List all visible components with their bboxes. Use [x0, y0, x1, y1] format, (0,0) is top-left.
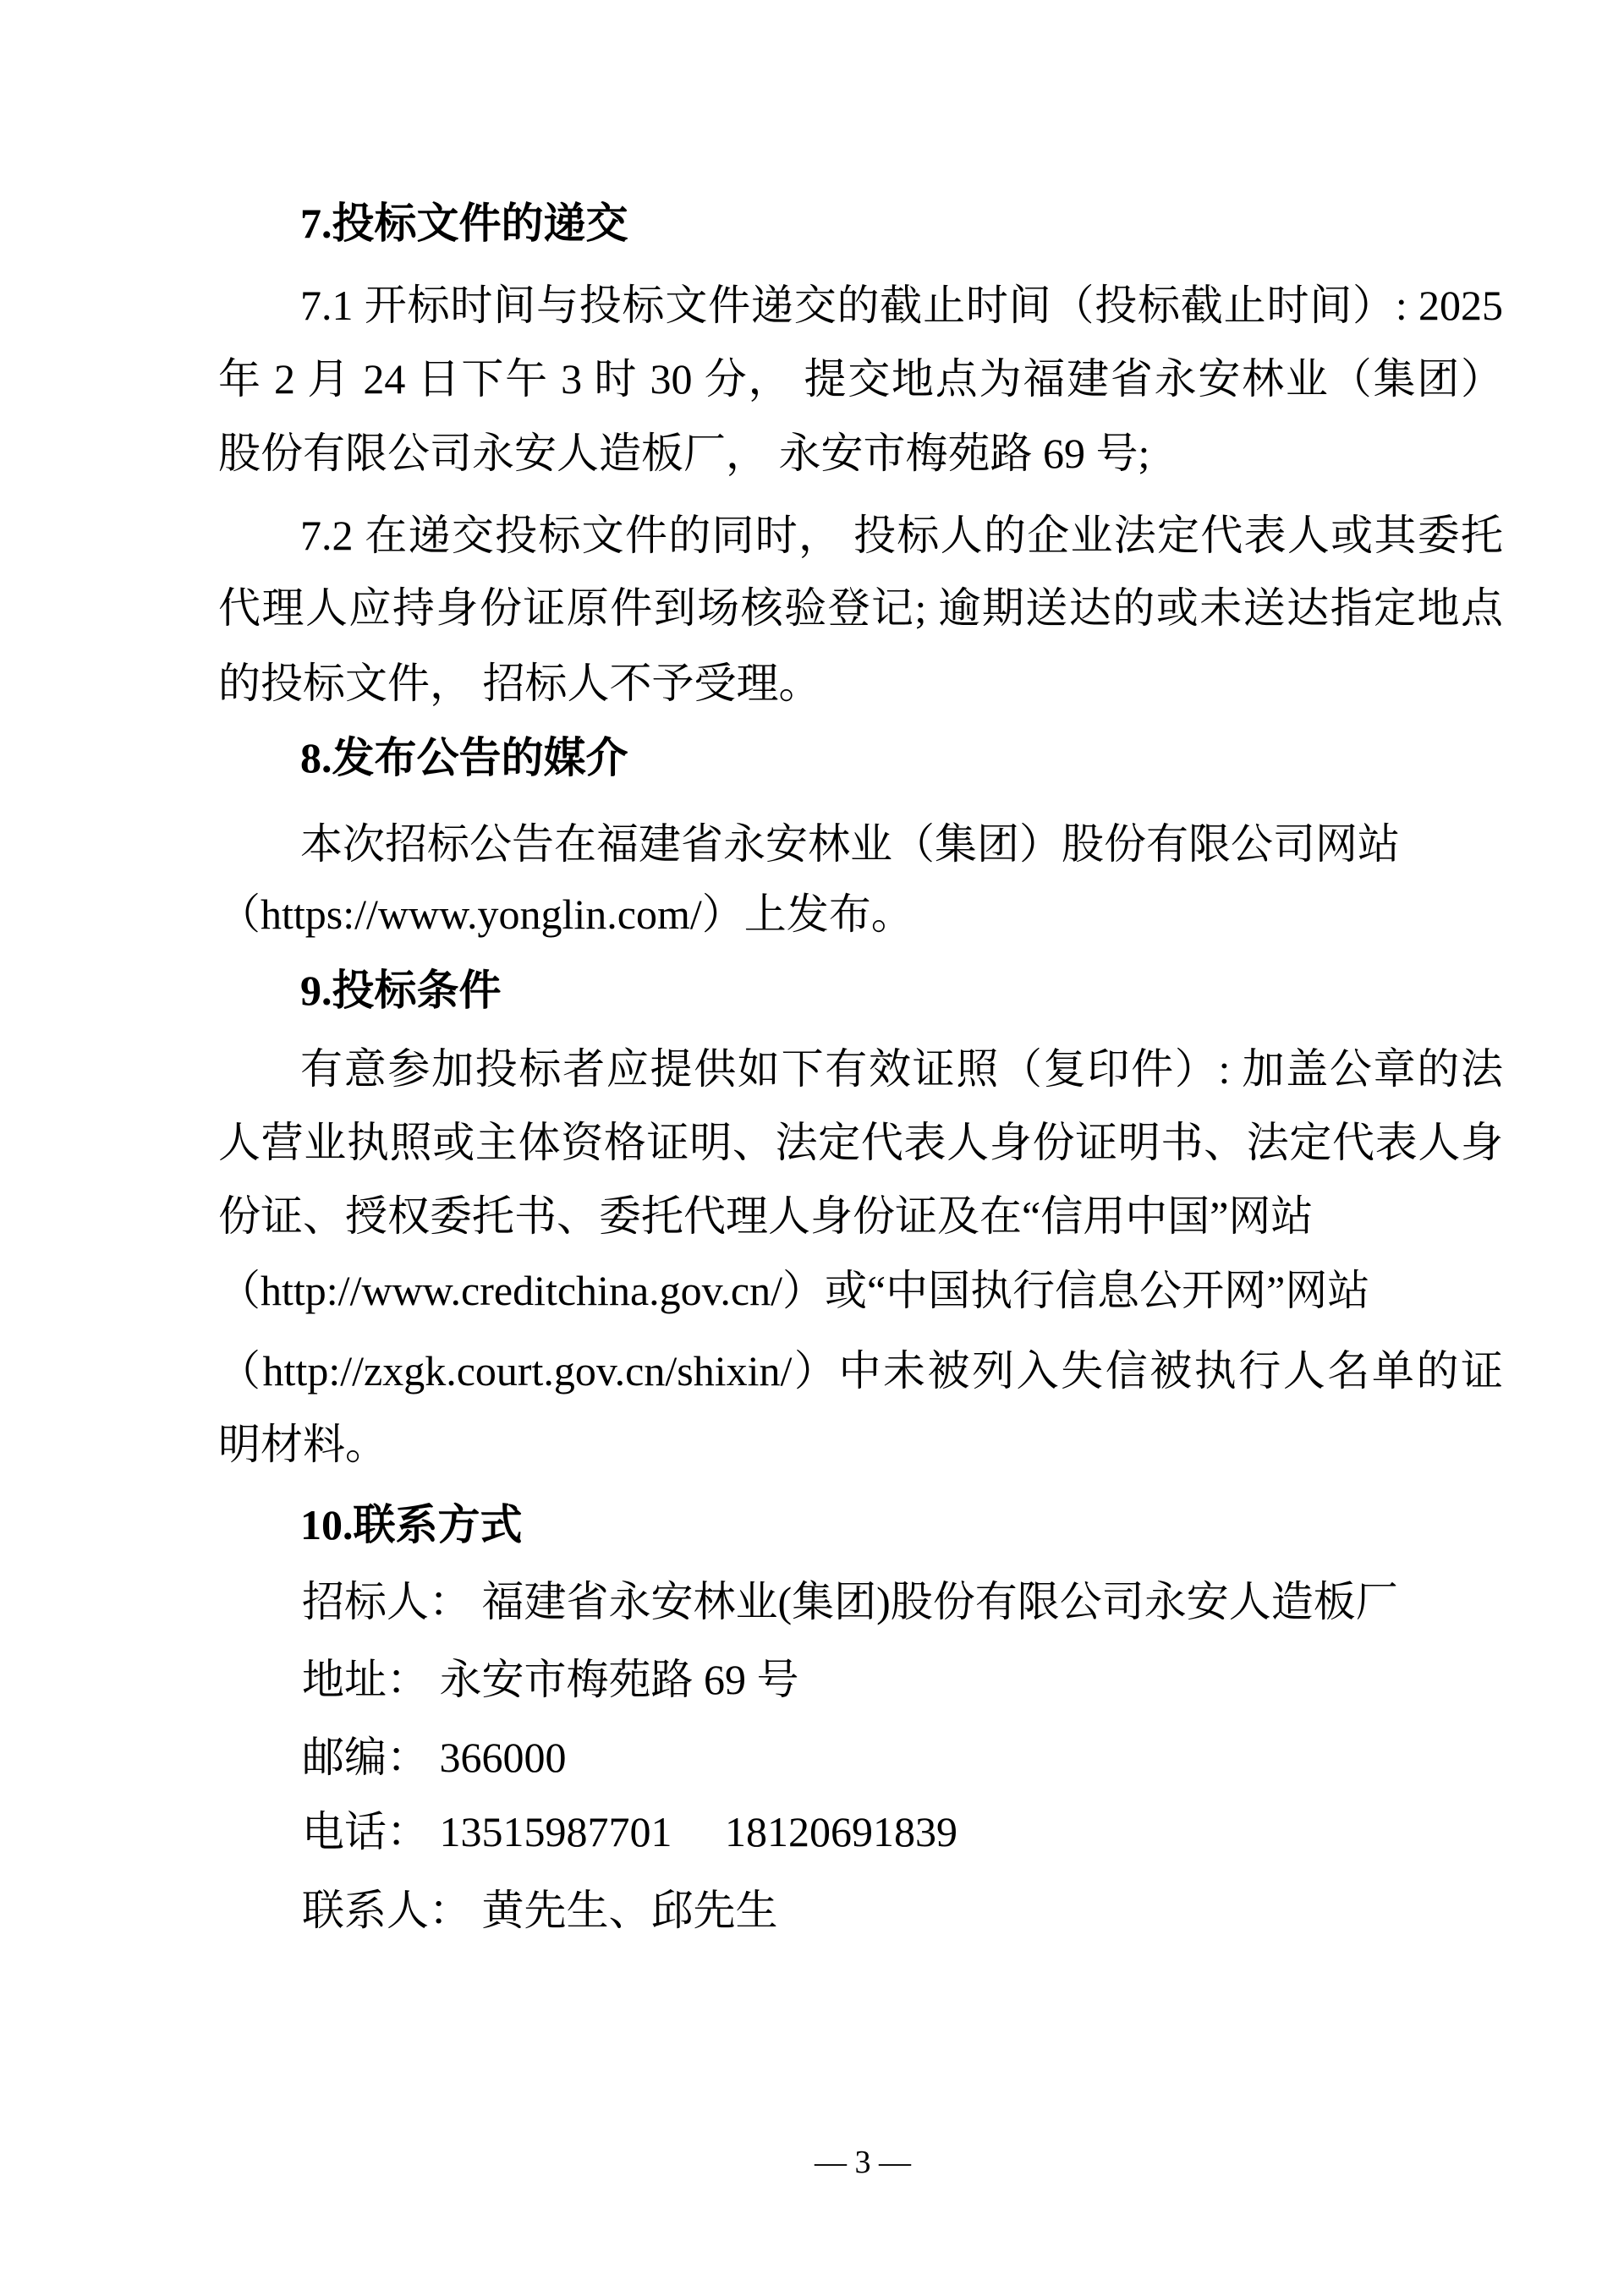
document-page: 7.投标文件的递交7.1 开标时间与投标文件递交的截止时间（投标截止时间）: 2…: [0, 0, 1624, 2296]
para-9-line-2: 人营业执照或主体资格证明、法定代表人身份证明书、法定代表人身: [218, 1121, 1503, 1164]
para-8-line-2: （https://www.yonglin.com/）上发布。: [218, 893, 1503, 935]
section-7-heading: 7.投标文件的递交: [300, 202, 628, 244]
section-10-heading: 10.联系方式: [300, 1504, 523, 1546]
contact-person: 联系人： 黄先生、邱先生: [302, 1889, 778, 1932]
para-9-line-6: 明材料。: [218, 1423, 1503, 1466]
para-7-1-line-2: 年 2 月 24 日下午 3 时 30 分， 提交地点为福建省永安林业（集团）: [218, 358, 1503, 400]
contact-tenderer: 招标人： 福建省永安林业(集团)股份有限公司永安人造板厂: [302, 1581, 1398, 1623]
section-9-heading: 9.投标条件: [300, 969, 502, 1011]
contact-phone: 电话： 13515987701 18120691839: [302, 1811, 957, 1853]
section-8-heading: 8.发布公告的媒介: [300, 737, 628, 779]
para-9-line-3: 份证、授权委托书、委托代理人身份证及在“信用中国”网站: [218, 1195, 1503, 1237]
para-7-2-line-3: 的投标文件， 招标人不予受理。: [218, 662, 1503, 704]
para-7-2-line-2: 代理人应持身份证原件到场核验登记; 逾期送达的或未送达指定地点: [218, 587, 1503, 629]
para-7-1-line-1: 7.1 开标时间与投标文件递交的截止时间（投标截止时间）: 2025: [218, 284, 1503, 326]
para-7-1-line-3: 股份有限公司永安人造板厂， 永安市梅苑路 69 号;: [218, 432, 1503, 474]
contact-address: 地址： 永安市梅苑路 69 号: [302, 1658, 799, 1701]
para-9-line-1: 有意参加投标者应提供如下有效证照（复印件）: 加盖公章的法: [218, 1048, 1503, 1090]
para-7-2-line-1: 7.2 在递交投标文件的同时， 投标人的企业法定代表人或其委托: [218, 514, 1503, 556]
page-number: — 3 —: [744, 2146, 981, 2178]
para-8-line-1: 本次招标公告在福建省永安林业（集团）股份有限公司网站: [218, 823, 1503, 865]
para-9-line-5: （http://zxgk.court.gov.cn/shixin/）中未被列入失…: [218, 1350, 1503, 1392]
para-9-line-4: （http://www.creditchina.gov.cn/）或“中国执行信息…: [218, 1269, 1503, 1312]
contact-postcode: 邮编： 366000: [302, 1736, 567, 1778]
